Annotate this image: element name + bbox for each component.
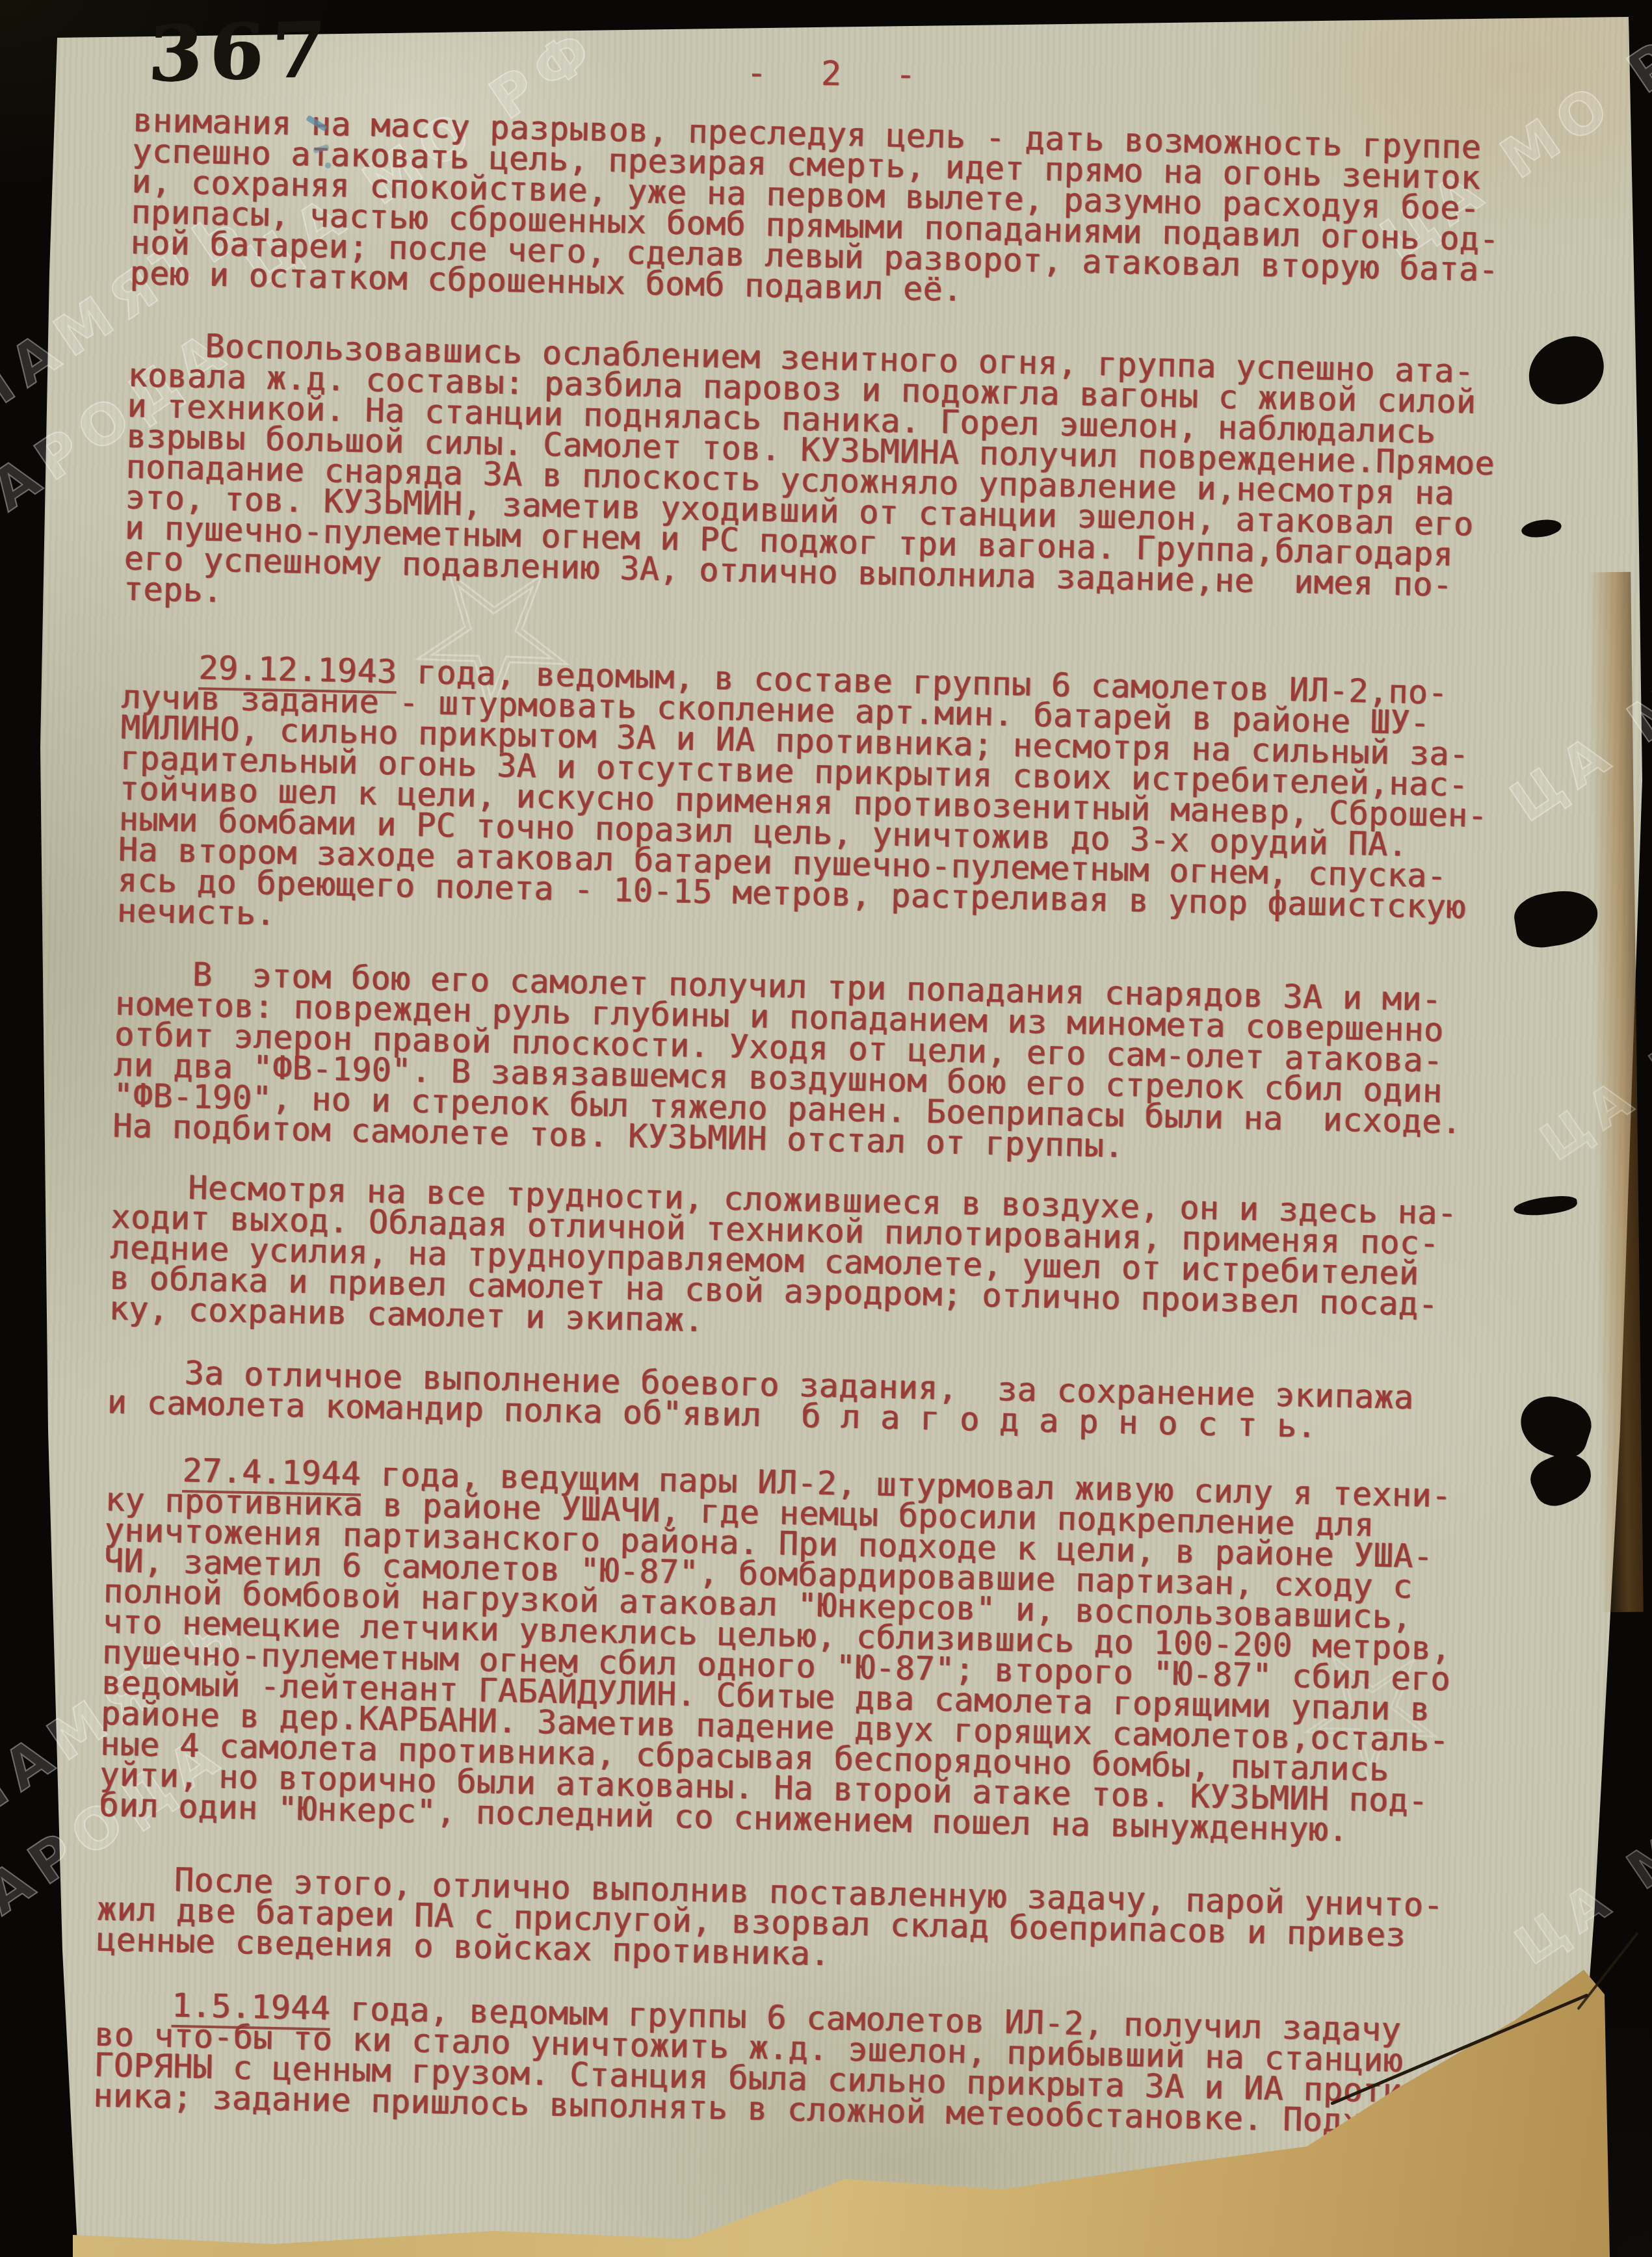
paragraph: Несмотря на все трудности, сложившиеся в… [109,1171,1587,1354]
paragraph: Воспользовавшись ослаблением зенитного о… [123,330,1604,634]
paragraph: После этого, отлично выполнив поставленн… [96,1863,1573,1985]
page-number: - 2 - [746,54,920,95]
document-scan: ЦА МО РФ ПАМЯТЬ НАРОДА ЦА МО РФ ЦА МО РФ… [0,0,1652,2257]
archive-page-number: 367 [146,4,334,99]
paragraph: 27.4.1944 года, ведущим пары ИЛ-2, штурм… [99,1454,1582,1850]
paragraph: 29.12.1943 года, ведомым, в составе груп… [116,651,1597,956]
paragraph: За отличное выполнение боевого задания, … [107,1357,1583,1448]
paragraph: В этом бою его самолет получил три попад… [112,958,1592,1171]
paragraph: 1.5.1944 года, ведомым группы 6 самолето… [93,1989,1571,2141]
paragraph: внимания на массу разрывов, преследуя це… [129,105,1608,319]
typed-text: внимания на массу разрывов, преследуя це… [93,99,1609,2141]
pencil-mark [325,163,331,168]
